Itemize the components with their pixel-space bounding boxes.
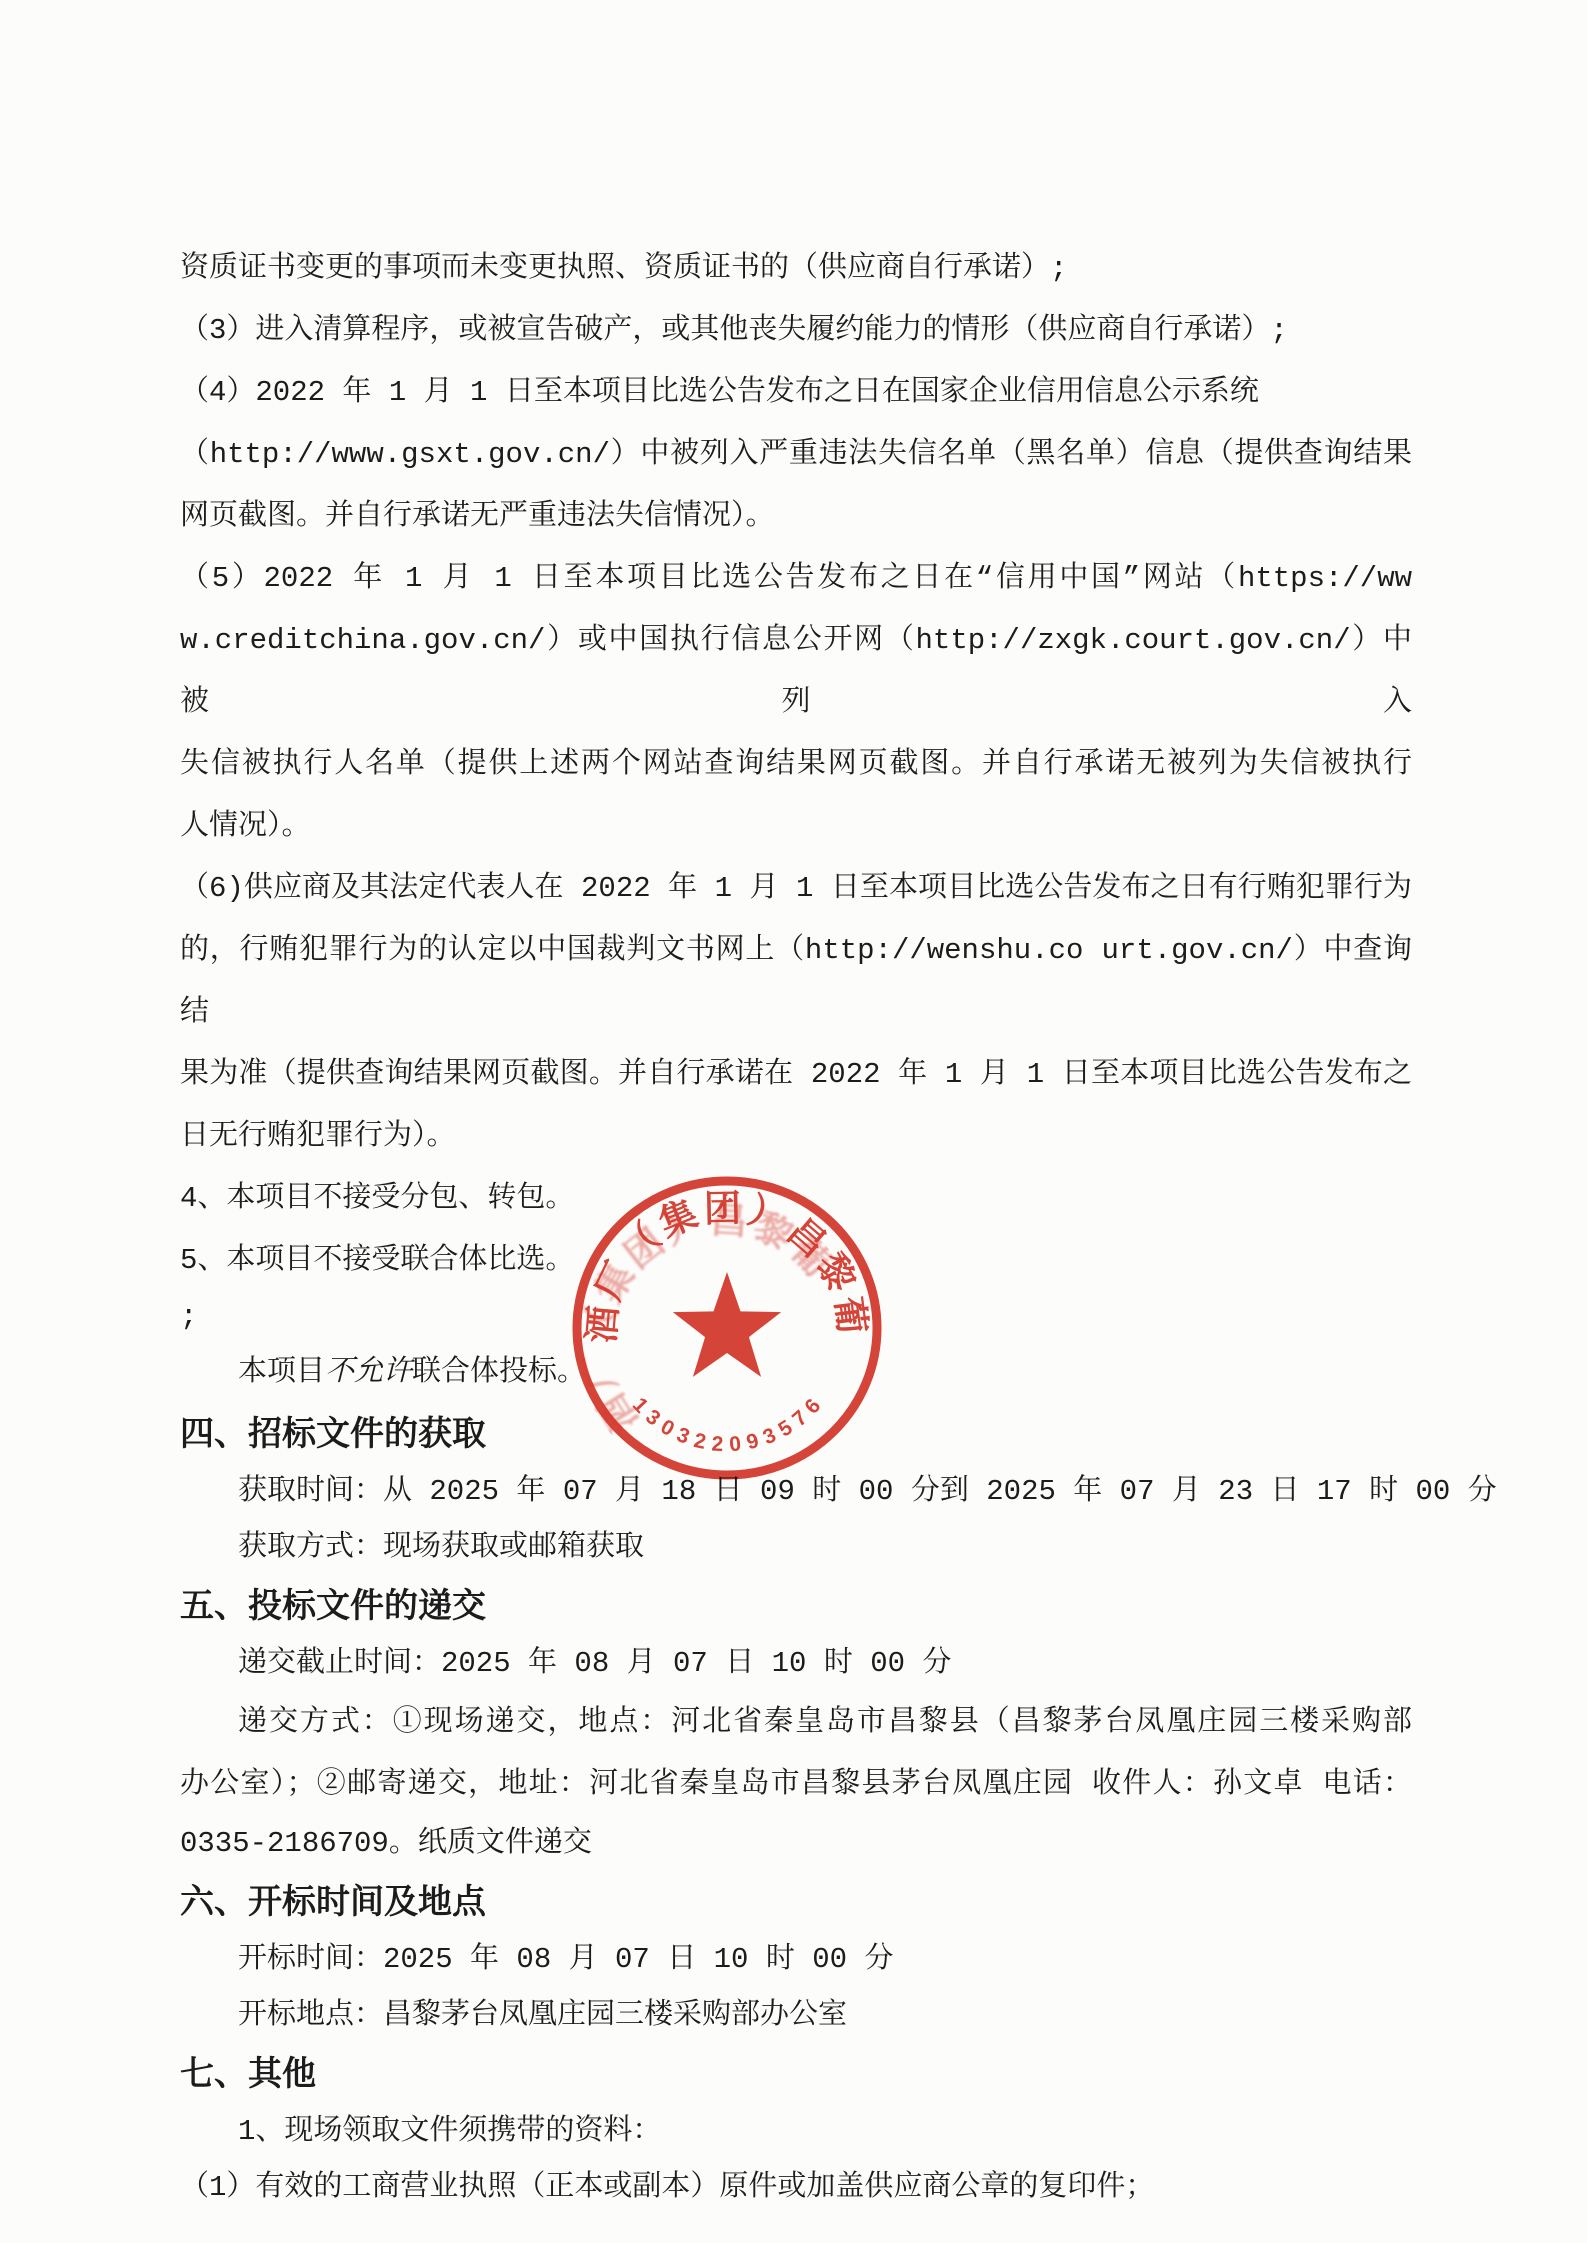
document-content: 资质证书变更的事项而未变更执照、资质证书的（供应商自行承诺）; （3）进入清算程… [180,238,1412,2216]
no-jv-prefix: 本项目 [238,1356,325,1389]
paragraph-line: （6)供应商及其法定代表人在 2022 年 1 月 1 日至本项目比选公告发布之… [180,858,1412,920]
other-subitem-line: （1）有效的工商营业执照（正本或副本）原件或加盖供应商公章的复印件； [180,2160,1412,2216]
section-heading-4: 四、招标文件的获取 [180,1404,1412,1464]
submit-method-line: 0335-2186709。纸质文件递交 [180,1816,1412,1872]
other-item-line: 1、现场领取文件须携带的资料： [180,2104,1412,2160]
open-time-line: 开标时间：2025 年 08 月 07 日 10 时 00 分 [180,1932,1412,1988]
document-page: 资质证书变更的事项而未变更执照、资质证书的（供应商自行承诺）; （3）进入清算程… [0,0,1587,2243]
paragraph-line: 网页截图。并自行承诺无严重违法失信情况）。 [180,486,1412,548]
paragraph-line: 资质证书变更的事项而未变更执照、资质证书的（供应商自行承诺）; [180,238,1412,300]
paragraph-line-item-5: 5、本项目不接受联合体比选。 [180,1230,1412,1292]
no-jv-suffix: 联合体投标。 [412,1356,586,1389]
paragraph-line: （4）2022 年 1 月 1 日至本项目比选公告发布之日在国家企业信用信息公示… [180,362,1412,424]
paragraph-line-item-4: 4、本项目不接受分包、转包。 [180,1168,1412,1230]
paragraph-line: 失信被执行人名单（提供上述两个网站查询结果网页截图。并自行承诺无被列为失信被执行 [180,734,1412,796]
open-place-line: 开标地点：昌黎茅台凤凰庄园三楼采购部办公室 [180,1988,1412,2044]
paragraph-line: 的，行贿犯罪行为的认定以中国裁判文书网上（http://wenshu.co ur… [180,920,1412,1044]
paragraph-line: （5）2022 年 1 月 1 日至本项目比选公告发布之日在“信用中国”网站（h… [180,548,1412,610]
section-heading-5: 五、投标文件的递交 [180,1576,1412,1636]
submit-method-line: 办公室）；②邮寄递交，地址：河北省秦皇岛市昌黎县茅台凤凰庄园 收件人：孙文卓 电… [180,1754,1412,1816]
obtain-time-line: 获取时间：从 2025 年 07 月 18 日 09 时 00 分到 2025 … [180,1464,1412,1520]
section-heading-6: 六、开标时间及地点 [180,1872,1412,1932]
no-joint-venture-line: 本项目不允许联合体投标。 [180,1342,1412,1404]
obtain-method-line: 获取方式：现场获取或邮箱获取 [180,1520,1412,1576]
paragraph-line: 人情况）。 [180,796,1412,858]
stray-semicolon-line: ; [180,1292,1412,1342]
paragraph-line: w.creditchina.gov.cn/）或中国执行信息公开网（http://… [180,610,1412,734]
paragraph-line: （3）进入清算程序，或被宣告破产，或其他丧失履约能力的情形（供应商自行承诺）; [180,300,1412,362]
submit-deadline-line: 递交截止时间：2025 年 08 月 07 日 10 时 00 分 [180,1636,1412,1692]
paragraph-line: 果为准（提供查询结果网页截图。并自行承诺在 2022 年 1 月 1 日至本项目… [180,1044,1412,1106]
paragraph-line: 日无行贿犯罪行为）。 [180,1106,1412,1168]
no-jv-emphasis: 不允许 [325,1356,412,1389]
paragraph-line: （http://www.gsxt.gov.cn/）中被列入严重违法失信名单（黑名… [180,424,1412,486]
section-heading-7: 七、其他 [180,2044,1412,2104]
submit-method-line: 递交方式：①现场递交，地点：河北省秦皇岛市昌黎县（昌黎茅台凤凰庄园三楼采购部 [180,1692,1412,1754]
